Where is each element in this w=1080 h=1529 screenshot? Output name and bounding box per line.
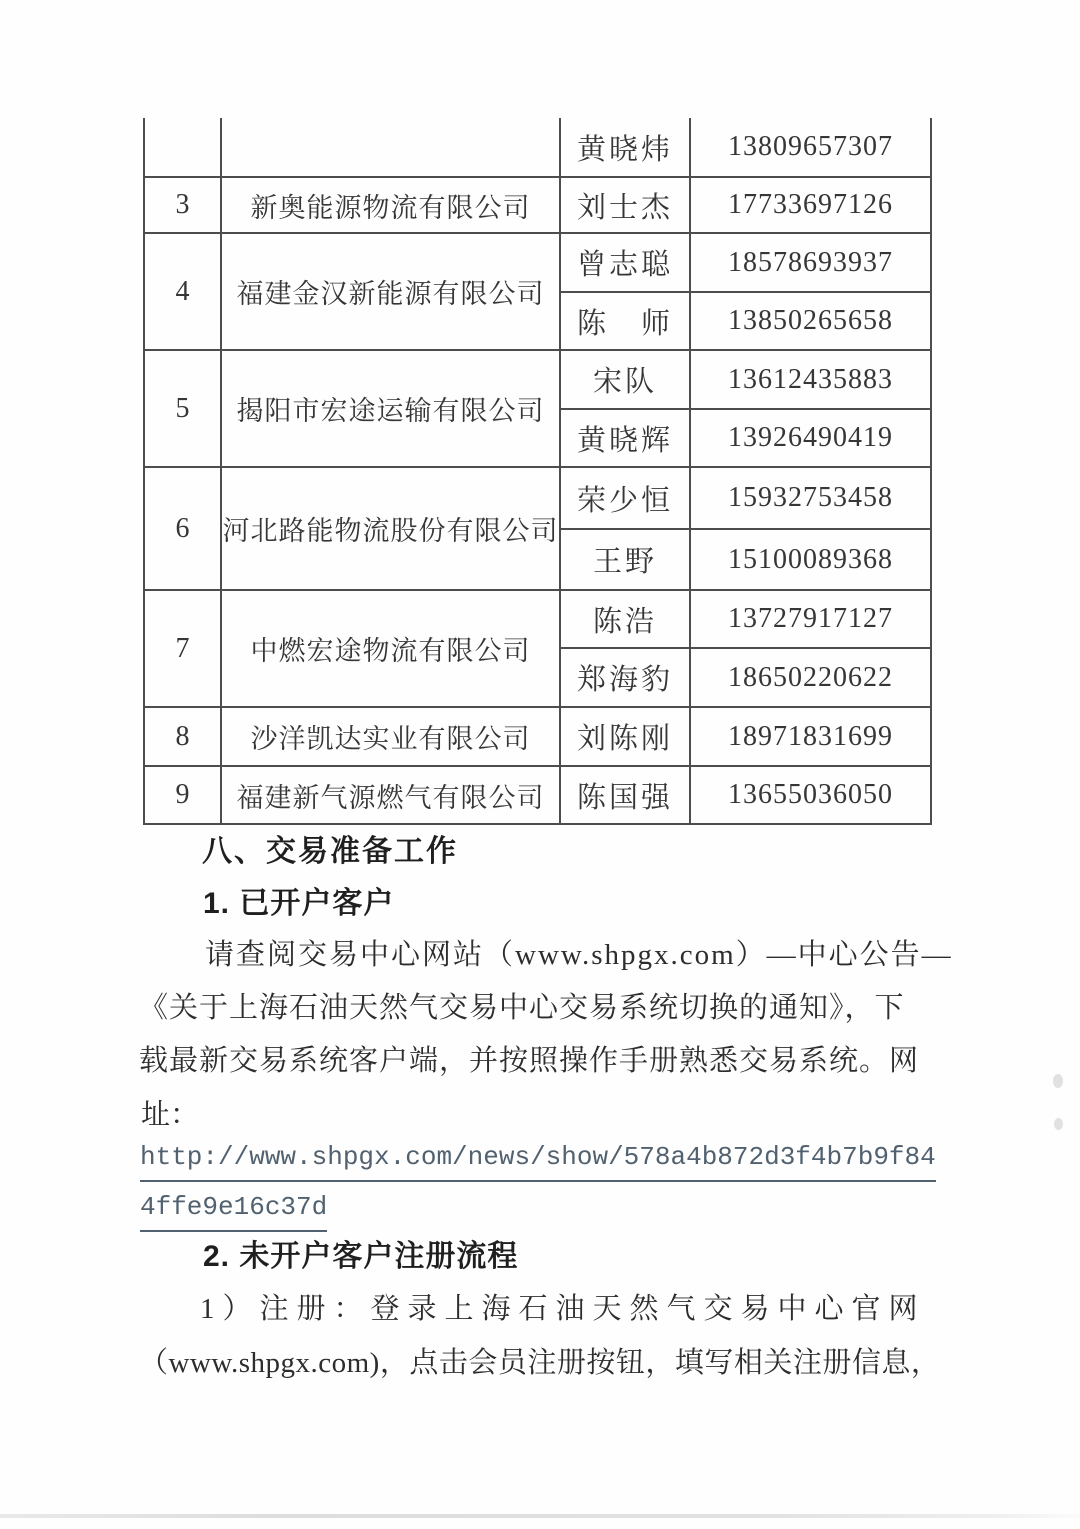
contact-table: 黄晓炜 13809657307 3 新奥能源物流有限公司 刘士杰 1773369… (143, 118, 932, 825)
table-row: 黄晓炜 13809657307 (144, 118, 931, 177)
row-number-cell (144, 118, 221, 177)
phone-cell: 18971831699 (690, 707, 931, 766)
url-link[interactable]: http://www.shpgx.com/news/show/578a4b872… (140, 1138, 936, 1182)
table-row: 8 沙洋凯达实业有限公司 刘陈刚 18971831699 (144, 707, 931, 766)
phone-cell: 15100089368 (690, 529, 931, 590)
company-cell: 福建金汉新能源有限公司 (221, 233, 560, 350)
subsection-1-title: 1. 已开户客户 (203, 885, 394, 923)
phone-cell: 13655036050 (690, 766, 931, 824)
contact-name-cell: 陈国强 (560, 766, 690, 824)
table-row: 4 福建金汉新能源有限公司 曾志聪 18578693937 (144, 233, 931, 292)
paragraph-line: 址： (141, 1096, 199, 1134)
contact-name-cell: 郑海豹 (560, 648, 690, 707)
table-row: 3 新奥能源物流有限公司 刘士杰 17733697126 (144, 177, 931, 233)
row-number-cell: 9 (144, 766, 221, 824)
paragraph-line: 1）注册：登录上海石油天然气交易中心官网 (200, 1290, 926, 1328)
company-cell (221, 118, 560, 177)
table-row: 5 揭阳市宏途运输有限公司 宋队 13612435883 (144, 350, 931, 409)
scan-shadow-bottom (0, 1514, 1080, 1518)
url-link[interactable]: 4ffe9e16c37d (140, 1188, 327, 1232)
section-heading: 八、交易准备工作 (202, 833, 458, 871)
contact-name-cell: 荣少恒 (560, 467, 690, 529)
scan-speck (1053, 1074, 1063, 1088)
table-row: 7 中燃宏途物流有限公司 陈浩 13727917127 (144, 590, 931, 648)
phone-cell: 13926490419 (690, 409, 931, 467)
contact-name-cell: 陈 师 (560, 292, 690, 350)
phone-cell: 13809657307 (690, 118, 931, 177)
phone-cell: 13612435883 (690, 350, 931, 409)
company-cell: 中燃宏途物流有限公司 (221, 590, 560, 707)
contact-name-cell: 刘陈刚 (560, 707, 690, 766)
row-number-cell: 4 (144, 233, 221, 350)
row-number-cell: 6 (144, 467, 221, 590)
subsection-2-title: 2. 未开户客户注册流程 (203, 1238, 518, 1276)
table-row: 6 河北路能物流股份有限公司 荣少恒 15932753458 (144, 467, 931, 529)
contact-name-cell: 陈浩 (560, 590, 690, 648)
phone-cell: 18650220622 (690, 648, 931, 707)
company-cell: 新奥能源物流有限公司 (221, 177, 560, 233)
contact-name-cell: 王野 (560, 529, 690, 590)
contact-name-cell: 黄晓辉 (560, 409, 690, 467)
paragraph-line: 请查阅交易中心网站（www.shpgx.com）—中心公告— (205, 936, 953, 974)
row-number-cell: 3 (144, 177, 221, 233)
row-number-cell: 5 (144, 350, 221, 467)
phone-cell: 15932753458 (690, 467, 931, 529)
phone-cell: 13727917127 (690, 590, 931, 648)
document-page: 黄晓炜 13809657307 3 新奥能源物流有限公司 刘士杰 1773369… (0, 0, 1080, 1529)
company-cell: 福建新气源燃气有限公司 (221, 766, 560, 824)
contact-name-cell: 宋队 (560, 350, 690, 409)
row-number-cell: 7 (144, 590, 221, 707)
row-number-cell: 8 (144, 707, 221, 766)
contact-name-cell: 黄晓炜 (560, 118, 690, 177)
contact-name-cell: 刘士杰 (560, 177, 690, 233)
paragraph-line: （www.shpgx.com)，点击会员注册按钮，填写相关注册信息， (139, 1344, 940, 1382)
phone-cell: 13850265658 (690, 292, 931, 350)
scan-speck (1054, 1118, 1063, 1130)
company-cell: 沙洋凯达实业有限公司 (221, 707, 560, 766)
paragraph-line: 《关于上海石油天然气交易中心交易系统切换的通知》，下 (139, 989, 905, 1027)
phone-cell: 17733697126 (690, 177, 931, 233)
table-row: 9 福建新气源燃气有限公司 陈国强 13655036050 (144, 766, 931, 824)
phone-cell: 18578693937 (690, 233, 931, 292)
company-cell: 揭阳市宏途运输有限公司 (221, 350, 560, 467)
contact-name-cell: 曾志聪 (560, 233, 690, 292)
company-cell: 河北路能物流股份有限公司 (221, 467, 560, 590)
paragraph-line: 载最新交易系统客户端，并按照操作手册熟悉交易系统。网 (139, 1042, 919, 1080)
